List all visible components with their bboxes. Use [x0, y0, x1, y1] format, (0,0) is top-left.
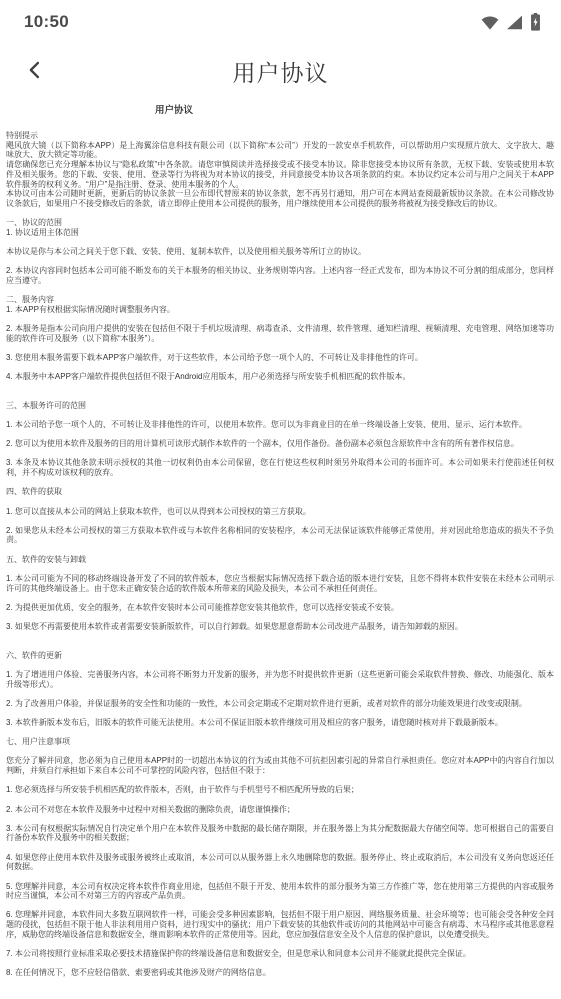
- paragraph: 飓风放大镜（以下简称本APP）是上海翼涂信息科技有限公司（以下简称“本公司”）开…: [6, 141, 554, 160]
- paragraph: 3. 本条及本协议其他条款未明示授权的其他一切权利仍由本公司保留，您在行使这些权…: [6, 458, 554, 477]
- paragraph: 2. 为提供更加优质、安全的服务，在本软件安装时本公司可能推荐您安装其他软件，您…: [6, 603, 554, 613]
- paragraph: 1. 本APP有权根据实际情况随时调整服务内容。: [6, 305, 554, 315]
- document-title: 用户协议: [6, 105, 342, 117]
- paragraph: 2. 您可以为使用本软件及服务的目的用计算机可读形式制作本软件的一个副本，仅用作…: [6, 439, 554, 449]
- paragraph: 3. 本软件新版本发布后，旧版本的软件可能无法使用。本公司不保证旧版本软件继续可…: [6, 718, 554, 728]
- paragraph: 2. 如果您从未经本公司授权的第三方获取本软件或与本软件名称相同的安装程序，本公…: [6, 526, 554, 545]
- paragraph: 六、软件的更新: [6, 651, 554, 661]
- paragraph: 特别提示: [6, 131, 554, 141]
- paragraph: 五、软件的安装与卸载: [6, 555, 554, 565]
- paragraph: 1. 您可以直接从本公司的网站上获取本软件，也可以从得到本公司授权的第三方获取。: [6, 507, 554, 517]
- paragraph: 2. 本协议内容同时包括本公司可能不断发布的关于本服务的相关协议、业务规则等内容…: [6, 266, 554, 285]
- paragraph: 一、协议的范围: [6, 218, 554, 228]
- paragraph: 三、本服务许可的范围: [6, 401, 554, 411]
- paragraph: 4. 本服务中本APP客户端软件提供包括但不限于Android应用版本，用户必须…: [6, 372, 554, 382]
- battery-charging-icon: [530, 13, 541, 31]
- document-body: 特别提示飓风放大镜（以下简称本APP）是上海翼涂信息科技有限公司（以下简称“本公…: [6, 131, 554, 978]
- paragraph: 2. 本公司不对您在本软件及服务中过程中对相关数据的删除负责，请您谨慎操作；: [6, 805, 554, 815]
- app-bar: 用户协议: [0, 42, 561, 100]
- paragraph: 本协议是你与本公司之间关于您下载、安装、使用、复制本软件，以及使用相关服务等所订…: [6, 247, 554, 257]
- paragraph: 本协议可由本公司随时更新，更新后的协议条款一旦公布即代替原来的协议条款，恕不再另…: [6, 189, 554, 208]
- paragraph: 4. 如果您停止使用本软件及服务或服务被终止或取消，本公司可以从服务器上永久地删…: [6, 853, 554, 872]
- paragraph: 3. 您使用本服务需要下载本APP客户端软件，对于这些软件，本公司给予您一项个人…: [6, 353, 554, 363]
- wifi-icon: [481, 15, 499, 30]
- paragraph: 1. 为了增进用户体验、完善服务内容，本公司将不断努力开发新的服务，并为您不时提…: [6, 670, 554, 689]
- paragraph: 7. 本公司将按照行业标准采取必要技术措施保护你的终端设备信息和数据安全，但是您…: [6, 949, 554, 959]
- back-arrow-icon: [25, 60, 45, 83]
- paragraph: 四、软件的获取: [6, 487, 554, 497]
- paragraph: 1. 本公司可能为不同的移动终端设备开发了不同的软件版本，您应当根据实际情况选择…: [6, 574, 554, 593]
- paragraph: 2. 本服务是指本公司向用户提供的安装在包括但不限于手机垃圾清理、病毒查杀、文件…: [6, 324, 554, 343]
- paragraph: 5. 您理解并同意，本公司有权决定将本软件作商业用途，包括但不限于开发、使用本软…: [6, 882, 554, 901]
- paragraph: 二、服务内容: [6, 295, 554, 305]
- status-icons: [481, 13, 541, 31]
- clock: 10:50: [24, 12, 69, 32]
- back-button[interactable]: [18, 54, 52, 88]
- paragraph: 您充分了解并同意，您必须为自己使用本APP时的一切超出本协议的行为或由其他不可抗…: [6, 756, 554, 775]
- paragraph: 七、用户注意事项: [6, 737, 554, 747]
- paragraph: 2. 为了改善用户体验，并保证服务的安全性和功能的一致性，本公司会定期或不定期对…: [6, 699, 554, 709]
- page-title: 用户协议: [233, 55, 329, 88]
- paragraph: 8. 在任何情况下，您不应轻信借款、索要密码或其他涉及财产的网络信息。: [6, 968, 554, 978]
- paragraph: 1. 本公司给予您一项个人的、不可转让及非排他性的许可，以使用本软件。您可以为非…: [6, 420, 554, 430]
- paragraph: 6. 您理解并同意，本软件同大多数互联网软件一样，可能会受多种因素影响，包括但不…: [6, 910, 554, 939]
- agreement-document[interactable]: 用户协议 特别提示飓风放大镜（以下简称本APP）是上海翼涂信息科技有限公司（以下…: [0, 100, 561, 999]
- paragraph: 3. 本公司有权根据实际情况自行决定单个用户在本软件及服务中数据的最长储存期限，…: [6, 824, 554, 843]
- paragraph: 1. 您必须选择与所安装手机相匹配的软件版本，否则，由于软件与手机型号不相匹配所…: [6, 785, 554, 795]
- paragraph: 1. 协议适用主体范围: [6, 228, 554, 238]
- status-bar: 10:50: [0, 0, 561, 42]
- paragraph: 3. 如果您不再需要使用本软件或者需要安装新版软件，可以自行卸载。如果您愿意帮助…: [6, 622, 554, 632]
- cellular-signal-icon: [506, 15, 523, 30]
- paragraph: 请您确保您已充分理解本协议与“隐私政策”中各条款。请您审慎阅读并选择接受或不接受…: [6, 160, 554, 189]
